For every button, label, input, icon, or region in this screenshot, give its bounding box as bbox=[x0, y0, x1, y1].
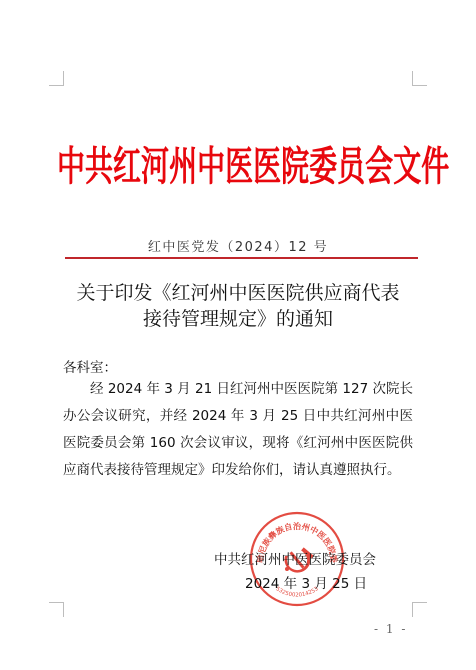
issuer-title-char: 会 bbox=[365, 135, 393, 193]
crop-mark-bottom-left bbox=[49, 602, 64, 617]
issuer-title-char: 文 bbox=[393, 135, 421, 193]
issuer-title-char: 员 bbox=[337, 135, 365, 193]
crop-mark-top-right bbox=[412, 71, 427, 86]
issuer-title-char: 医 bbox=[225, 135, 253, 193]
issuer-title-char: 河 bbox=[141, 135, 169, 193]
issuer-title-char: 医 bbox=[253, 135, 281, 193]
notice-title-line-1: 关于印发《红河州中医医院供应商代表 bbox=[0, 280, 476, 306]
issuer-title-char: 中 bbox=[57, 135, 85, 193]
issuer-title-char: 院 bbox=[281, 135, 309, 193]
page-number: - 1 - bbox=[374, 622, 407, 636]
crop-mark-bottom-right bbox=[412, 602, 427, 617]
crop-mark-top-left bbox=[49, 71, 64, 86]
body-paragraph: 经 2024 年 3 月 21 日红河州中医医院第 127 次院长办公会议研究，… bbox=[63, 376, 413, 484]
issuer-title: 中共红河州中医医院委员会文件 bbox=[57, 140, 419, 188]
document-number: 红中医党发（2024）12 号 bbox=[0, 236, 476, 255]
issuer-title-char: 共 bbox=[85, 135, 113, 193]
red-divider-line bbox=[65, 257, 418, 259]
issuer-title-char: 中 bbox=[197, 135, 225, 193]
salutation: 各科室： bbox=[63, 356, 413, 376]
issuer-title-char: 件 bbox=[421, 135, 449, 193]
signing-organization: 中共红河州中医医院委员会 bbox=[214, 548, 376, 568]
issuer-title-char: 委 bbox=[309, 135, 337, 193]
signing-date: 2024 年 3 月 25 日 bbox=[245, 572, 367, 592]
notice-title: 关于印发《红河州中医医院供应商代表 接待管理规定》的通知 bbox=[0, 280, 476, 332]
issuer-title-char: 红 bbox=[113, 135, 141, 193]
notice-title-line-2: 接待管理规定》的通知 bbox=[0, 306, 476, 332]
issuer-title-char: 州 bbox=[169, 135, 197, 193]
